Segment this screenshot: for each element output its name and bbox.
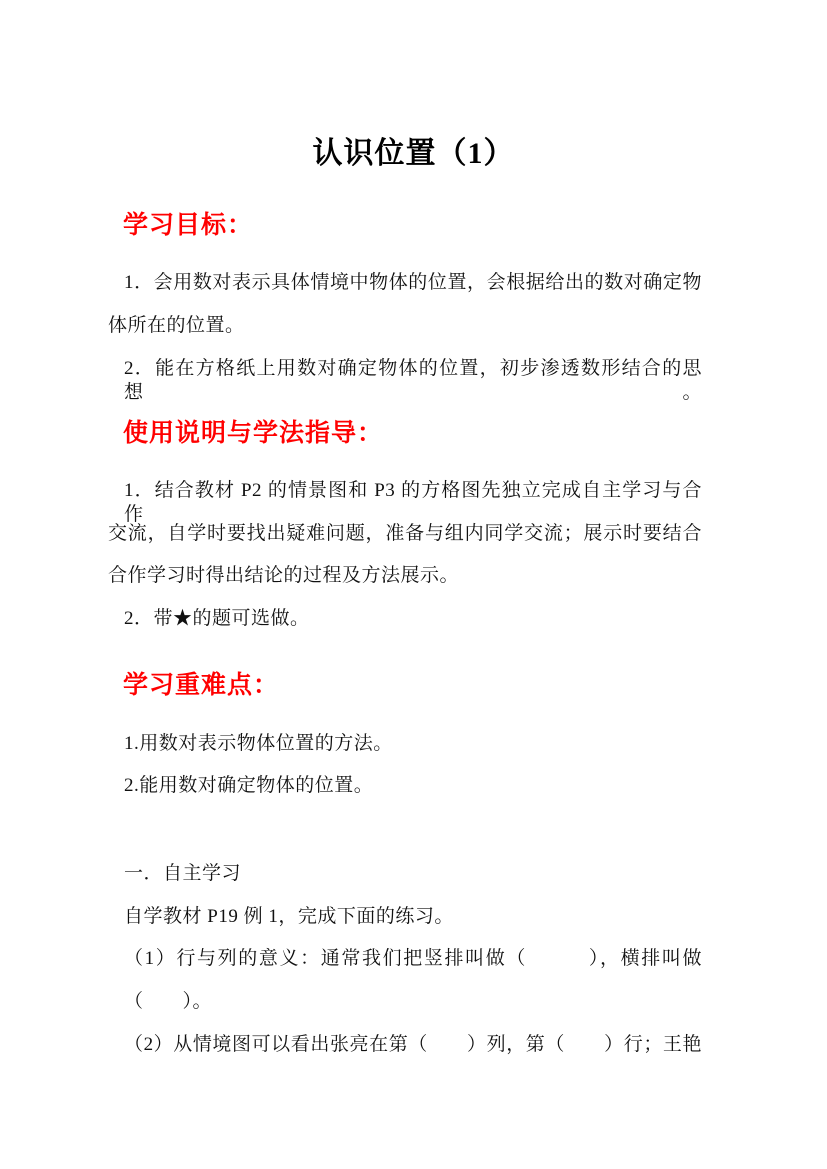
selfstudy-intro: 自学教材 P19 例 1，完成下面的练习。	[124, 905, 702, 929]
goals-line-2: 2．能在方格纸上用数对确定物体的位置，初步渗透数形结合的思想。	[124, 357, 702, 405]
selfstudy-heading: 一．自主学习	[124, 862, 702, 886]
goals-line-1a: 1．会用数对表示具体情境中物体的位置，会根据给出的数对确定物	[124, 271, 702, 295]
goals-heading: 学习目标：	[123, 210, 723, 241]
usage-line-1a: 1．结合教材 P2 的情景图和 P3 的方格图先独立完成自主学习与合作	[124, 479, 702, 527]
keypoints-heading: 学习重难点：	[123, 670, 723, 701]
usage-heading: 使用说明与学法指导：	[123, 418, 723, 449]
keypoints-line-2: 2.能用数对确定物体的位置。	[124, 774, 702, 798]
question-1-line-b: （ ）。	[124, 990, 702, 1014]
page-title: 认识位置（1）	[0, 135, 827, 173]
question-2-line: （2）从情境图可以看出张亮在第（ ）列，第（ ）行；王艳	[124, 1033, 702, 1057]
usage-line-1b: 交流，自学时要找出疑难问题，准备与组内同学交流；展示时要结合	[108, 522, 702, 546]
keypoints-line-1: 1.用数对表示物体位置的方法。	[124, 732, 702, 756]
question-1-line-a: （1）行与列的意义：通常我们把竖排叫做（ ），横排叫做	[124, 947, 702, 971]
goals-line-1b: 体所在的位置。	[108, 314, 702, 338]
usage-line-2: 2．带★的题可选做。	[124, 607, 702, 631]
usage-line-1c: 合作学习时得出结论的过程及方法展示。	[108, 564, 702, 588]
document-page: 认识位置（1） 学习目标： 1．会用数对表示具体情境中物体的位置，会根据给出的数…	[0, 0, 827, 1169]
